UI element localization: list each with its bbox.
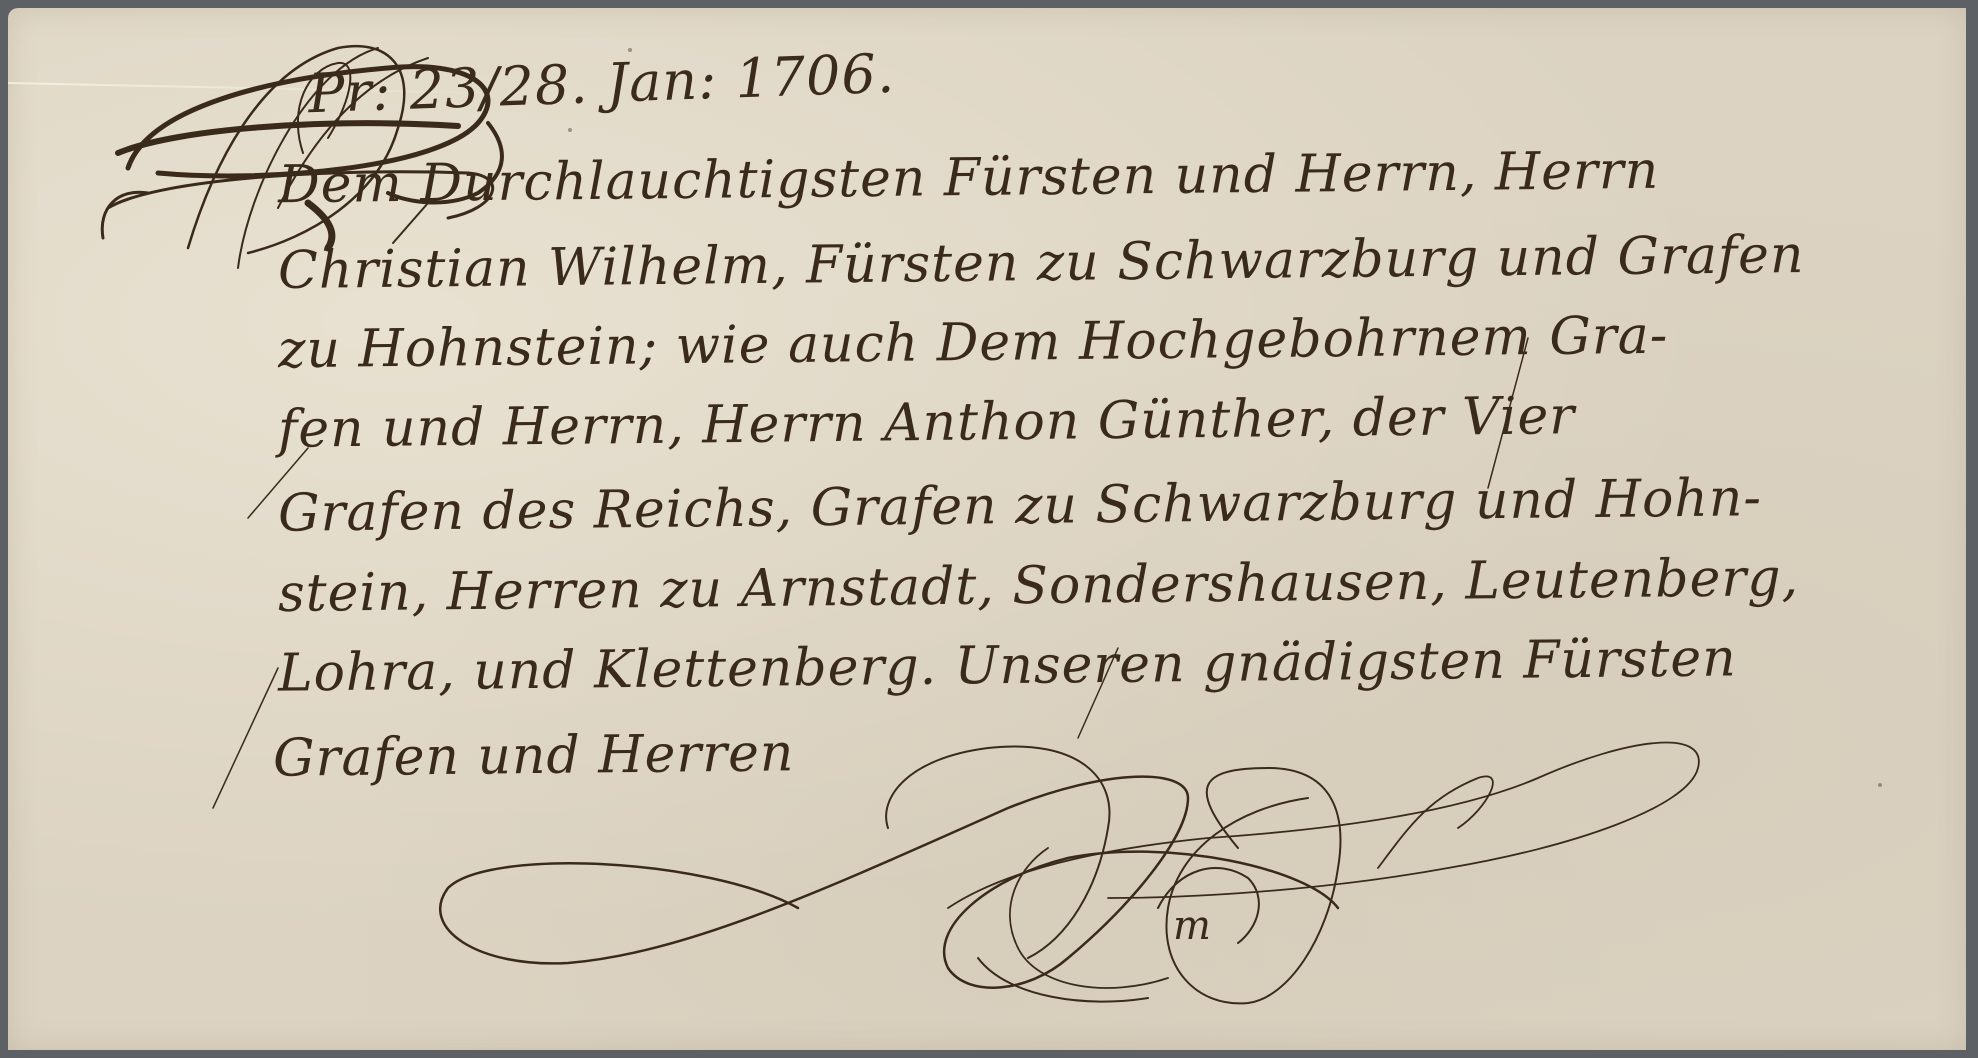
paper-speck <box>1878 783 1882 787</box>
letter-paper: Pr: 23/28. Jan: 1706. Dem Durchlauchtigs… <box>8 8 1966 1050</box>
address-line-1: Dem Durchlauchtigsten Fürsten und Herrn,… <box>278 141 1660 215</box>
address-line-5: Grafen des Reichs, Grafen zu Schwarzburg… <box>278 468 1762 544</box>
address-line-6: stein, Herren zu Arnstadt, Sondershausen… <box>278 548 1800 624</box>
docket-date: Pr: 23/28. Jan: 1706. <box>307 42 896 125</box>
address-line-4: fen und Herrn, Herrn Anthon Günther, der… <box>278 386 1576 460</box>
address-line-8: Grafen und Herren <box>273 723 795 788</box>
address-line-3: zu Hohnstein; wie auch Dem Hochgebohrnem… <box>278 306 1669 381</box>
address-line-7: Lohra, und Klettenberg. Unseren gnädigst… <box>278 628 1737 703</box>
paper-speck <box>568 128 572 132</box>
address-line-2: Christian Wilhelm, Fürsten zu Schwarzbur… <box>278 225 1805 301</box>
paraph-mark: m <box>1173 903 1212 949</box>
paper-speck <box>628 48 632 52</box>
